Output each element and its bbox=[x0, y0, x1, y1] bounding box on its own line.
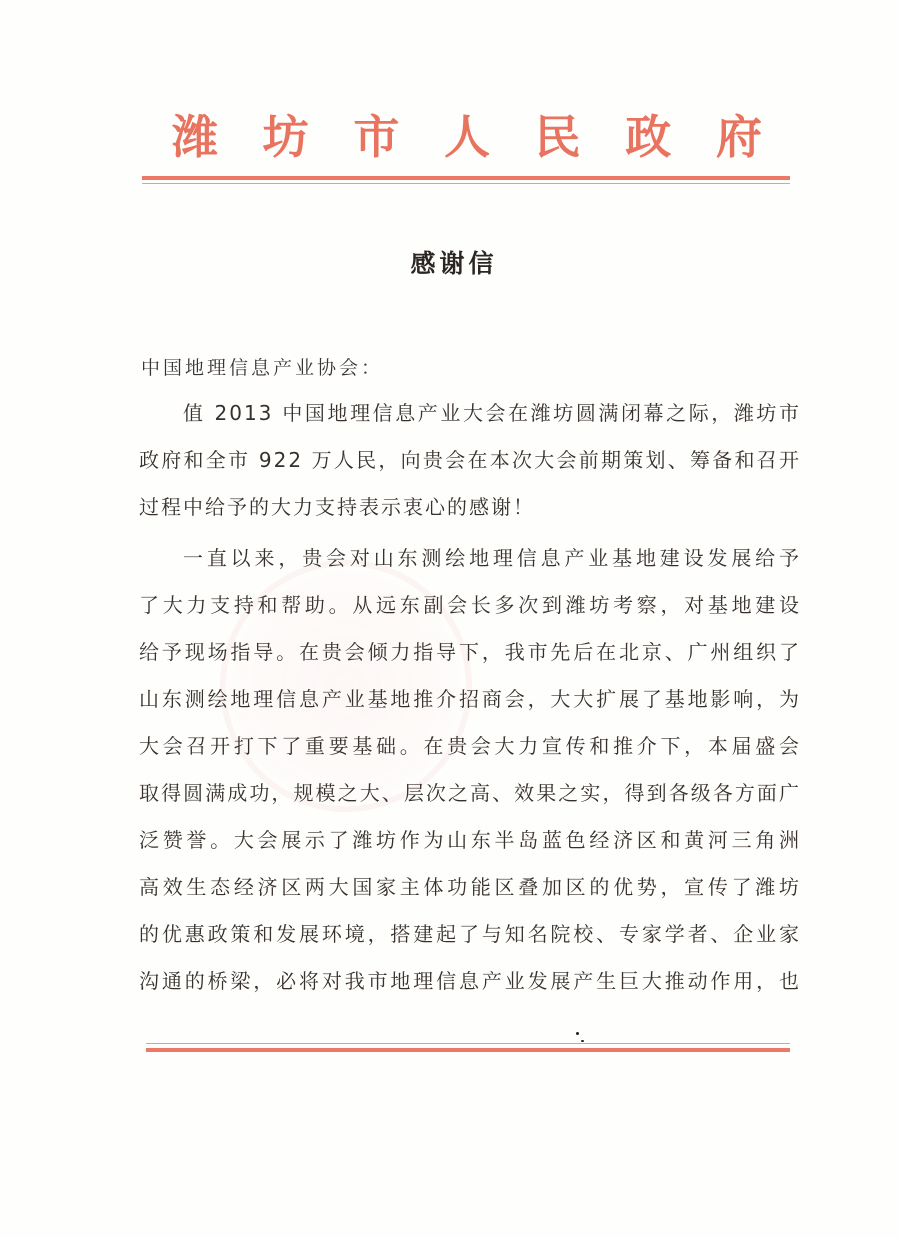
letterhead-char: 人 bbox=[444, 107, 490, 167]
text-line: 给予现场指导。在贵会倾力指导下，我市先后在北京、广州组织了 bbox=[139, 637, 801, 667]
letterhead-char: 潍 bbox=[172, 107, 218, 167]
text-line: 值 2013 中国地理信息产业大会在潍坊圆满闭幕之际，潍坊市 bbox=[183, 398, 801, 428]
text-line: 的优惠政策和发展环境，搭建起了与知名院校、专家学者、企业家 bbox=[139, 919, 801, 949]
letterhead-char: 民 bbox=[535, 107, 581, 167]
text-line: 高效生态经济区两大国家主体功能区叠加区的优势，宣传了潍坊 bbox=[139, 872, 801, 902]
text-line: 一直以来，贵会对山东测绘地理信息产业基地建设发展给予 bbox=[183, 543, 801, 573]
text-line: 山东测绘地理信息产业基地推介招商会，大大扩展了基地影响，为 bbox=[139, 684, 801, 714]
scan-speck bbox=[576, 1032, 579, 1035]
text-line: 过程中给予的大力支持表示衷心的感谢！ bbox=[139, 492, 801, 522]
text-line: 沟通的桥梁，必将对我市地理信息产业发展产生巨大推动作用，也 bbox=[139, 966, 801, 996]
text-line: 政府和全市 922 万人民，向贵会在本次大会前期策划、筹备和召开 bbox=[139, 445, 801, 475]
letter-page: 潍 坊 市 人 民 政 府 感谢信 中国地理信息产业协会： 值 2013 中国地… bbox=[0, 0, 900, 1238]
letterhead-rule-thin bbox=[142, 183, 790, 184]
document-title: 感谢信 bbox=[0, 244, 900, 280]
letterhead-title: 潍 坊 市 人 民 政 府 bbox=[172, 107, 762, 167]
scan-speck bbox=[581, 1040, 584, 1042]
letterhead-char: 坊 bbox=[263, 107, 309, 167]
text-line: 取得圆满成功，规模之大、层次之高、效果之实，得到各级各方面广 bbox=[139, 778, 801, 808]
text-line: 大会召开打下了重要基础。在贵会大力宣传和推介下，本届盛会 bbox=[139, 731, 801, 761]
text-line: 了大力支持和帮助。从远东副会长多次到潍坊考察，对基地建设 bbox=[139, 590, 801, 620]
text-line: 泛赞誉。大会展示了潍坊作为山东半岛蓝色经济区和黄河三角洲 bbox=[139, 825, 801, 855]
letterhead-char: 府 bbox=[716, 107, 762, 167]
footer-rule-thin bbox=[146, 1043, 790, 1044]
letterhead-char: 政 bbox=[625, 107, 671, 167]
footer-rule-thick bbox=[146, 1048, 790, 1052]
letterhead-char: 市 bbox=[353, 107, 399, 167]
salutation: 中国地理信息产业协会： bbox=[141, 353, 383, 380]
letterhead-rule-thick bbox=[142, 176, 790, 180]
